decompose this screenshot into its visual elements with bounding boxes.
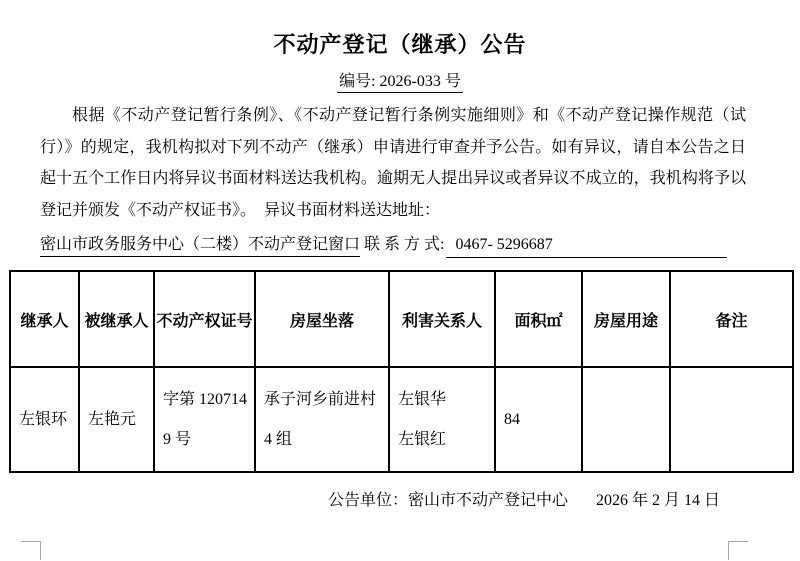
body-paragraph: 根据《不动产登记暂行条例》、《不动产登记暂行条例实施细则》和《不动产登记操作规范… <box>40 100 746 226</box>
cell-decedent: 左艳元 <box>79 367 154 472</box>
announcement-date: 2026 年 2 月 14 日 <box>596 492 720 509</box>
address-text: 密山市政务服务中心（二楼）不动产登记窗口 <box>40 236 360 257</box>
page-margin-mark-bottom-left <box>21 541 41 560</box>
announcement-table: 继承人 被继承人 不动产权证号 房屋坐落 利害关系人 面积㎡ 房屋用途 备注 左… <box>9 270 794 473</box>
table-row: 左银环 左艳元 字第 1207149 号 承子河乡前进村 4 组 左银华 左银红… <box>10 367 793 472</box>
cell-house-location: 承子河乡前进村 4 组 <box>255 367 389 472</box>
cell-area: 84 <box>495 367 582 472</box>
col-header-interested-parties: 利害关系人 <box>389 271 495 367</box>
issuer: 公告单位：密山市不动产登记中心 <box>328 492 568 509</box>
table-header-row: 继承人 被继承人 不动产权证号 房屋坐落 利害关系人 面积㎡ 房屋用途 备注 <box>10 271 793 367</box>
col-header-decedent: 被继承人 <box>79 271 154 367</box>
cell-certificate-no: 字第 1207149 号 <box>154 367 255 472</box>
col-header-area: 面积㎡ <box>495 271 582 367</box>
page-margin-mark-bottom-right <box>728 541 748 560</box>
cell-interested-parties: 左银华 左银红 <box>389 367 495 472</box>
cell-house-use <box>582 367 670 472</box>
contact-label: 联 系 方 式: <box>360 236 446 256</box>
col-header-certificate-no: 不动产权证号 <box>154 271 255 367</box>
address-line: 密山市政务服务中心（二楼）不动产登记窗口联 系 方 式:0467- 529668… <box>40 231 760 258</box>
cell-remarks <box>670 367 793 472</box>
col-header-house-use: 房屋用途 <box>582 271 670 367</box>
cell-heir: 左银环 <box>10 367 79 472</box>
doc-number-line: 编号: 2026-033 号 <box>0 68 800 91</box>
document-page: 不动产登记（继承）公告 编号: 2026-033 号 根据《不动产登记暂行条例》… <box>0 0 800 561</box>
col-header-house-location: 房屋坐落 <box>255 271 389 367</box>
doc-number: 编号: 2026-033 号 <box>337 73 463 93</box>
col-header-heir: 继承人 <box>10 271 79 367</box>
page-title: 不动产登记（继承）公告 <box>0 28 800 59</box>
col-header-remarks: 备注 <box>670 271 793 367</box>
contact-phone: 0467- 5296687 <box>446 236 727 258</box>
footer: 公告单位：密山市不动产登记中心 2026 年 2 月 14 日 <box>328 487 720 510</box>
